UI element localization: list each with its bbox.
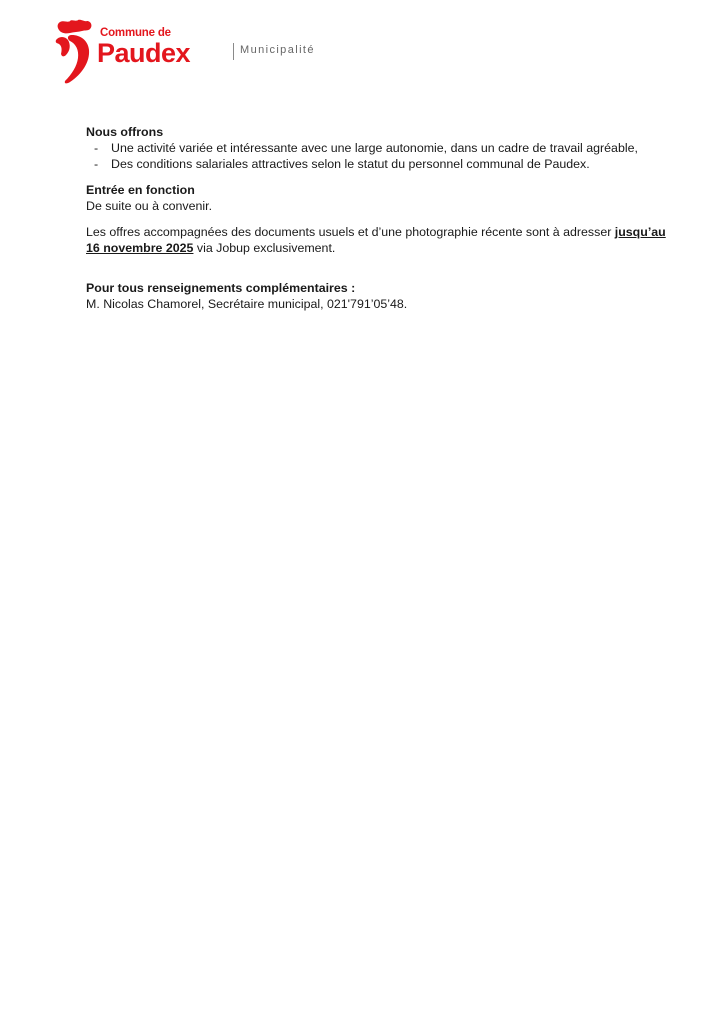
- offer-item: Des conditions salariales attractives se…: [86, 156, 666, 172]
- rooster-icon: [52, 18, 96, 86]
- application-text: Les offres accompagnées des documents us…: [86, 225, 615, 239]
- start-text: De suite ou à convenir.: [86, 198, 666, 214]
- brand-title: Paudex: [97, 38, 190, 69]
- offer-item: Une activité variée et intéressante avec…: [86, 140, 666, 156]
- contact-text: M. Nicolas Chamorel, Secrétaire municipa…: [86, 296, 666, 312]
- application-paragraph: Les offres accompagnées des documents us…: [86, 224, 666, 256]
- offer-list: Une activité variée et intéressante avec…: [86, 140, 666, 172]
- offer-heading: Nous offrons: [86, 124, 666, 140]
- application-text-end: via Jobup exclusivement.: [193, 241, 335, 255]
- contact-heading: Pour tous renseignements complémentaires…: [86, 280, 666, 296]
- commune-logo: Commune de Paudex Municipalité: [52, 18, 352, 90]
- start-heading: Entrée en fonction: [86, 182, 666, 198]
- document-body: Nous offrons Une activité variée et inté…: [86, 124, 666, 312]
- header-divider: [233, 43, 234, 60]
- department-label: Municipalité: [240, 44, 315, 56]
